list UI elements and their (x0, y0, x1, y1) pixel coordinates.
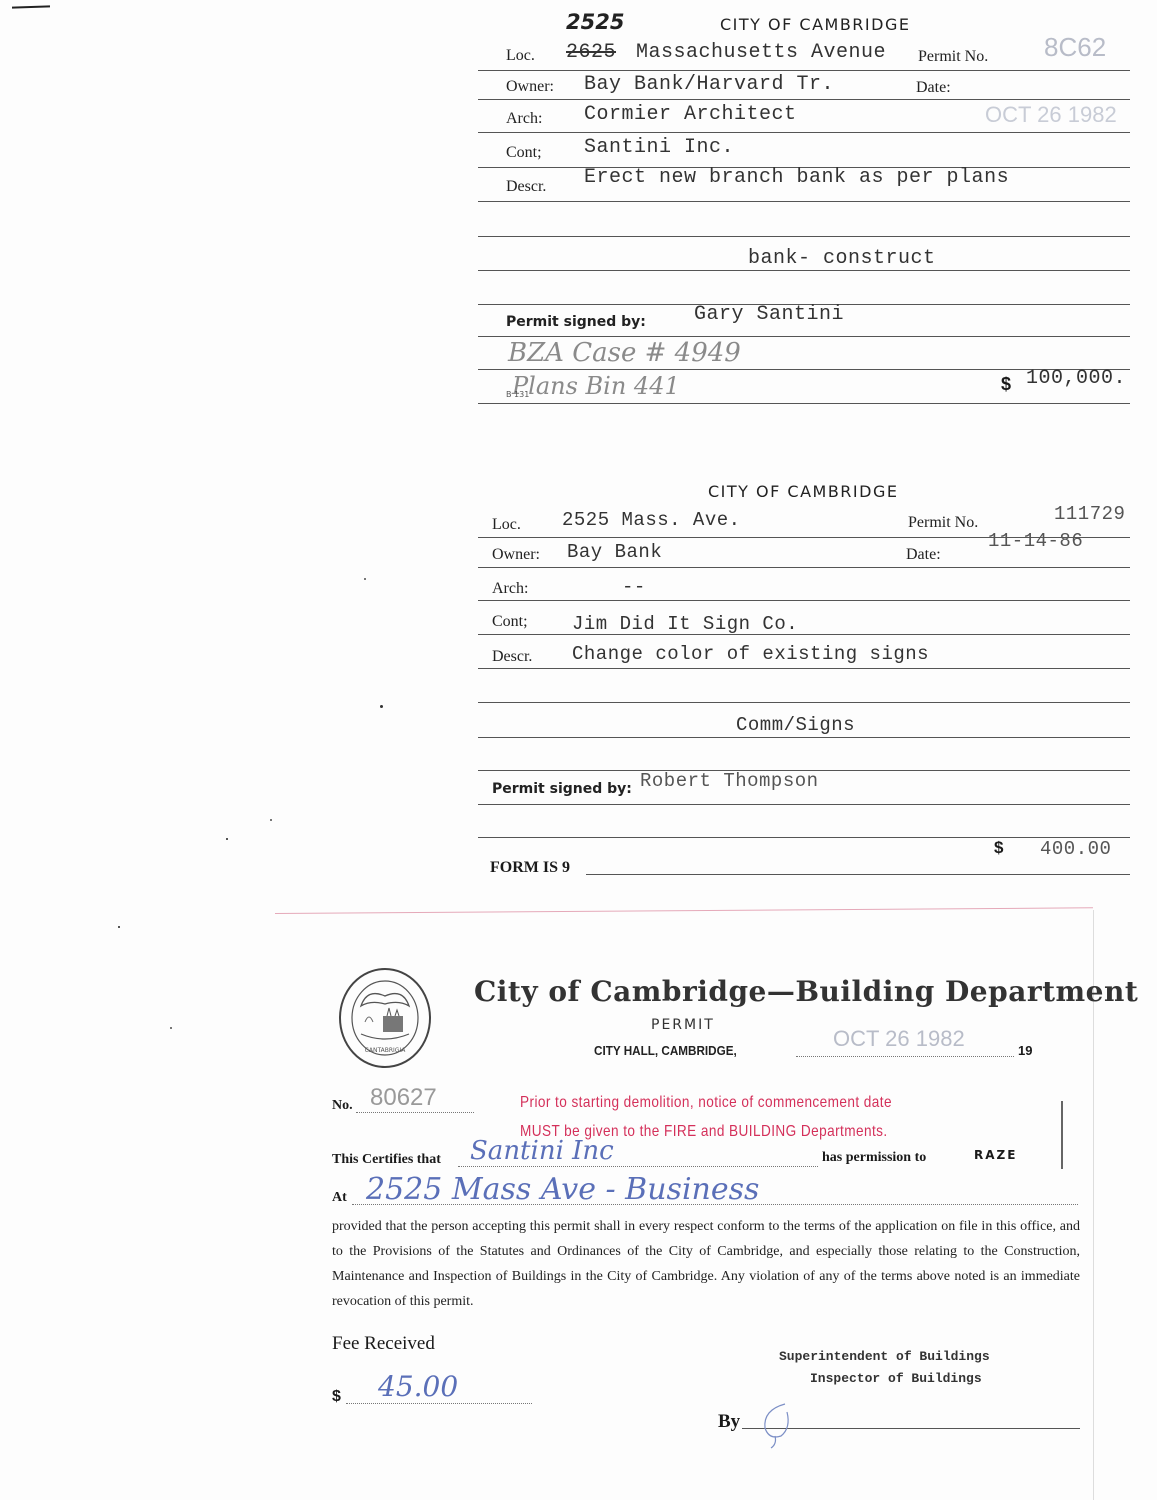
inspector-label: Inspector of Buildings (810, 1371, 982, 1386)
estimated-cost: 100,000. (1026, 367, 1126, 390)
no-label: No. (332, 1098, 353, 1114)
superintendent-label: Superintendent of Buildings (779, 1349, 990, 1364)
loc-crossed-number: 2625 (566, 41, 616, 64)
category-value: Comm/Signs (736, 714, 855, 736)
rule (478, 600, 1130, 601)
permit-no-stamp: 80627 (370, 1084, 437, 1112)
permit-no-value: 111729 (1054, 503, 1125, 525)
descr-value: Change color of existing signs (572, 643, 929, 665)
fee-symbol: $ (332, 1388, 341, 1406)
date-dotted-line (796, 1056, 1014, 1057)
year-prefix: 19 (1018, 1043, 1032, 1058)
handwritten-address-number: 2525 (566, 10, 624, 34)
form-label: FORM IS 9 (490, 859, 570, 877)
form-code: B 131 (506, 390, 529, 399)
fee-value: 45.00 (378, 1370, 458, 1403)
descr-label: Descr. (492, 648, 532, 666)
permit-no-stamp: 8C62 (1044, 32, 1106, 63)
arch-label: Arch: (492, 580, 528, 598)
date-stamp: OCT 26 1982 (985, 102, 1117, 128)
no-dotted-line (356, 1112, 474, 1113)
signed-by-value: Robert Thompson (640, 770, 819, 792)
cont-label: Cont; (492, 613, 528, 631)
rule (478, 702, 1130, 703)
arch-value: Cormier Architect (584, 103, 797, 126)
signed-by-label: Permit signed by: (506, 314, 646, 330)
permit-conditions: provided that the person accepting this … (332, 1214, 1080, 1314)
date-label: Date: (906, 546, 941, 564)
rule (478, 201, 1130, 202)
handwritten-bza-case: BZA Case # 4949 (508, 338, 741, 368)
signed-by-label: Permit signed by: (492, 781, 632, 797)
rule (478, 634, 1130, 635)
fee-dotted-line (346, 1403, 532, 1404)
card-top-edge (275, 907, 1093, 914)
loc-value: 2525 Mass. Ave. (562, 509, 741, 531)
certifies-dotted-line (458, 1166, 818, 1167)
amount-symbol: $ (994, 838, 1003, 858)
signature-scribble (755, 1400, 805, 1450)
permit-no-label: Permit No. (908, 514, 978, 532)
rule (478, 403, 1130, 404)
card-title: CITY OF CAMBRIDGE (708, 482, 898, 501)
rule (478, 737, 1130, 738)
svg-text:CANTABRIGIA: CANTABRIGIA (365, 1047, 407, 1054)
rule (478, 804, 1130, 805)
date-stamp: OCT 26 1982 (833, 1026, 965, 1052)
arch-label: Arch: (506, 110, 542, 128)
descr-label: Descr. (506, 178, 546, 196)
owner-label: Owner: (506, 78, 554, 96)
demolition-notice-line-1: Prior to starting demolition, notice of … (520, 1094, 892, 1112)
card-title: CITY OF CAMBRIDGE (720, 15, 910, 34)
amount-symbol: $ (1001, 374, 1011, 395)
permit-word: PERMIT (651, 1017, 715, 1033)
certifies-value: Santini Inc (470, 1136, 614, 1166)
loc-label: Loc. (506, 47, 535, 65)
rule (478, 837, 1130, 838)
permission-label: has permission to (822, 1150, 926, 1166)
by-label: By (718, 1411, 740, 1433)
department-heading: City of Cambridge—Building Department (474, 975, 1138, 1008)
permit-no-label: Permit No. (918, 48, 988, 66)
owner-label: Owner: (492, 546, 540, 564)
certifies-label: This Certifies that (332, 1152, 441, 1168)
at-label: At (332, 1190, 347, 1206)
permission-value: RAZE (974, 1148, 1017, 1162)
rule (478, 336, 1130, 337)
date-value: 11-14-86 (988, 530, 1083, 552)
date-label: Date: (916, 79, 951, 97)
at-value: 2525 Mass Ave - Business (366, 1172, 759, 1207)
loc-value: Massachusetts Avenue (636, 41, 886, 64)
owner-value: Bay Bank (567, 541, 662, 563)
descr-value: Erect new branch bank as per plans (584, 166, 1009, 189)
rule (478, 70, 1130, 71)
estimated-cost: 400.00 (1040, 838, 1111, 860)
rule (478, 668, 1130, 669)
rule (478, 132, 1130, 133)
loc-label: Loc. (492, 516, 521, 534)
category-value: bank- construct (748, 247, 936, 270)
signed-by-value: Gary Santini (694, 303, 844, 326)
handwritten-plans-bin: Plans Bin 441 (512, 372, 680, 400)
rule (478, 99, 1130, 100)
cont-value: Santini Inc. (584, 136, 734, 159)
rule (586, 874, 1130, 875)
fee-received-label: Fee Received (332, 1333, 435, 1355)
city-hall-label: CITY HALL, CAMBRIDGE, (594, 1043, 737, 1058)
rule (478, 270, 1130, 271)
rule (478, 236, 1130, 237)
arch-value: -- (622, 576, 646, 598)
cont-value: Jim Did It Sign Co. (572, 613, 798, 635)
city-seal-icon: CANTABRIGIA (337, 966, 433, 1070)
rule (478, 567, 1130, 568)
margin-bar (1061, 1101, 1063, 1169)
stray-pen-mark (12, 5, 50, 8)
owner-value: Bay Bank/Harvard Tr. (584, 73, 834, 96)
cont-label: Cont; (506, 144, 542, 162)
